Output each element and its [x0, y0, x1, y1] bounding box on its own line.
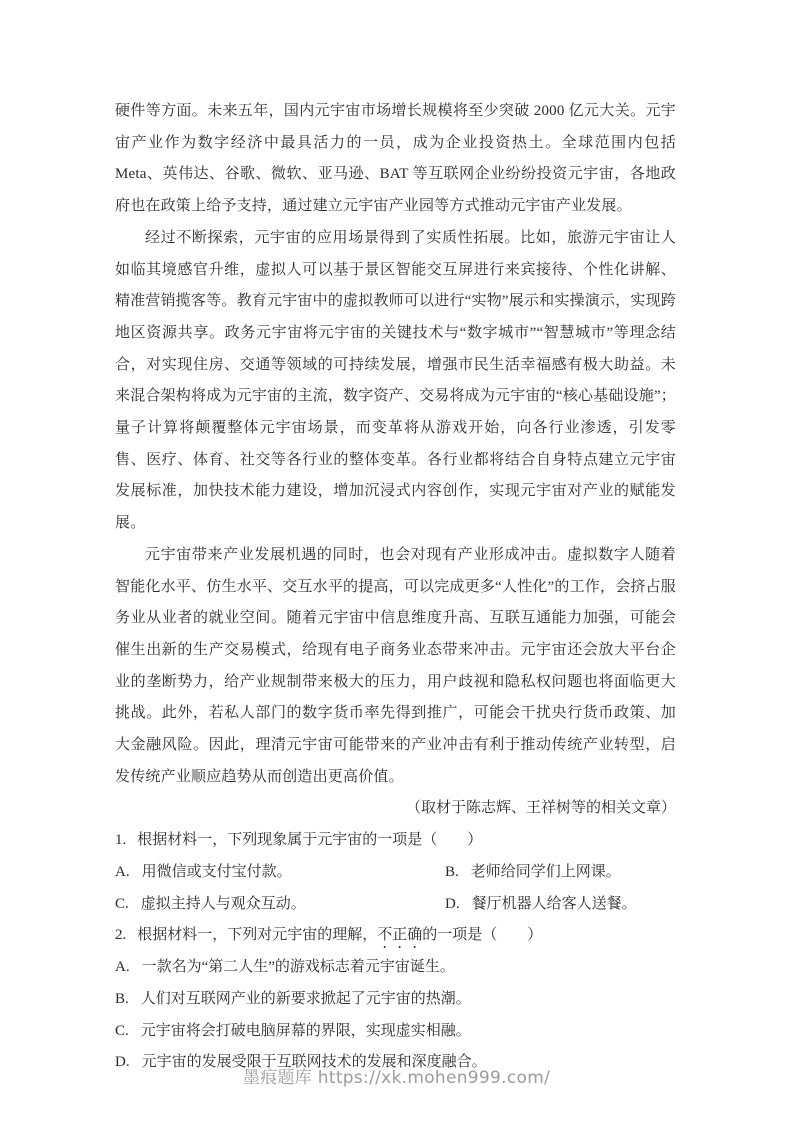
question-1: 1.根据材料一，下列现象属于元宇宙的一项是（ ） A.用微信或支付宝付款。 B.… — [115, 825, 676, 920]
option-a-text: 一款名为“第二人生”的游戏标志着元宇宙诞生。 — [142, 959, 455, 975]
source-attribution: （取材于陈志辉、王祥树等的相关文章） — [115, 793, 676, 825]
material-paragraph-1: 硬件等方面。未来五年，国内元宇宙市场增长规模将至少突破 2000 亿元大关。元宇… — [115, 96, 676, 223]
option-c-text: 虚拟主持人与观众互动。 — [141, 896, 306, 912]
option-c-label: C. — [115, 1016, 129, 1048]
question-1-options: A.用微信或支付宝付款。 B.老师给同学们上网课。 C.虚拟主持人与观众互动。 … — [115, 857, 676, 920]
option-b-label: B. — [115, 984, 129, 1016]
material-paragraph-2: 经过不断探索，元宇宙的应用场景得到了实质性拓展。比如，旅游元宇宙让人如临其境感官… — [115, 223, 676, 540]
question-2-number: 2. — [115, 920, 126, 952]
option-b-text: 老师给同学们上网课。 — [471, 864, 621, 880]
question-1-stem: 1.根据材料一，下列现象属于元宇宙的一项是（ ） — [115, 825, 676, 857]
option-a-label: A. — [115, 857, 130, 889]
question-1-option-b: B.老师给同学们上网课。 — [445, 857, 676, 889]
question-2-stem-after: 的一项是（ ） — [422, 927, 542, 943]
question-2-option-a: A.一款名为“第二人生”的游戏标志着元宇宙诞生。 — [115, 952, 676, 984]
option-a-label: A. — [115, 952, 130, 984]
option-a-text: 用微信或支付宝付款。 — [142, 864, 292, 880]
question-1-option-d: D.餐厅机器人给客人送餐。 — [445, 889, 676, 921]
option-c-text: 元宇宙将会打破电脑屏幕的界限，实现虚实相融。 — [141, 1023, 471, 1039]
material-paragraph-3: 元宇宙带来产业发展机遇的同时，也会对现有产业形成冲击。虚拟数字人随着智能化水平、… — [115, 540, 676, 794]
footer-watermark: 墨痕题库 https://xk.mohen999.com/ — [0, 1063, 793, 1088]
question-2-option-b: B.人们对互联网产业的新要求掀起了元宇宙的热潮。 — [115, 984, 676, 1016]
question-2-stem-before: 根据材料一，下列对元宇宙的理解， — [137, 927, 377, 943]
question-1-number: 1. — [115, 825, 126, 857]
question-2-stem-emphasis: 不正确 — [377, 927, 422, 943]
option-b-text: 人们对互联网产业的新要求掀起了元宇宙的热潮。 — [141, 991, 471, 1007]
question-2-options: A.一款名为“第二人生”的游戏标志着元宇宙诞生。 B.人们对互联网产业的新要求掀… — [115, 952, 676, 1079]
exam-content: 硬件等方面。未来五年，国内元宇宙市场增长规模将至少突破 2000 亿元大关。元宇… — [115, 96, 676, 1079]
option-b-label: B. — [445, 857, 459, 889]
question-2-stem: 2.根据材料一，下列对元宇宙的理解，不正确的一项是（ ） — [115, 920, 676, 952]
question-1-option-c: C.虚拟主持人与观众互动。 — [115, 889, 445, 921]
question-2: 2.根据材料一，下列对元宇宙的理解，不正确的一项是（ ） A.一款名为“第二人生… — [115, 920, 676, 1079]
question-2-option-c: C.元宇宙将会打破电脑屏幕的界限，实现虚实相融。 — [115, 1016, 676, 1048]
option-c-label: C. — [115, 889, 129, 921]
question-1-stem-text: 根据材料一，下列现象属于元宇宙的一项是（ ） — [137, 832, 482, 848]
option-d-label: D. — [445, 889, 460, 921]
question-1-option-a: A.用微信或支付宝付款。 — [115, 857, 445, 889]
option-d-text: 餐厅机器人给客人送餐。 — [472, 896, 637, 912]
